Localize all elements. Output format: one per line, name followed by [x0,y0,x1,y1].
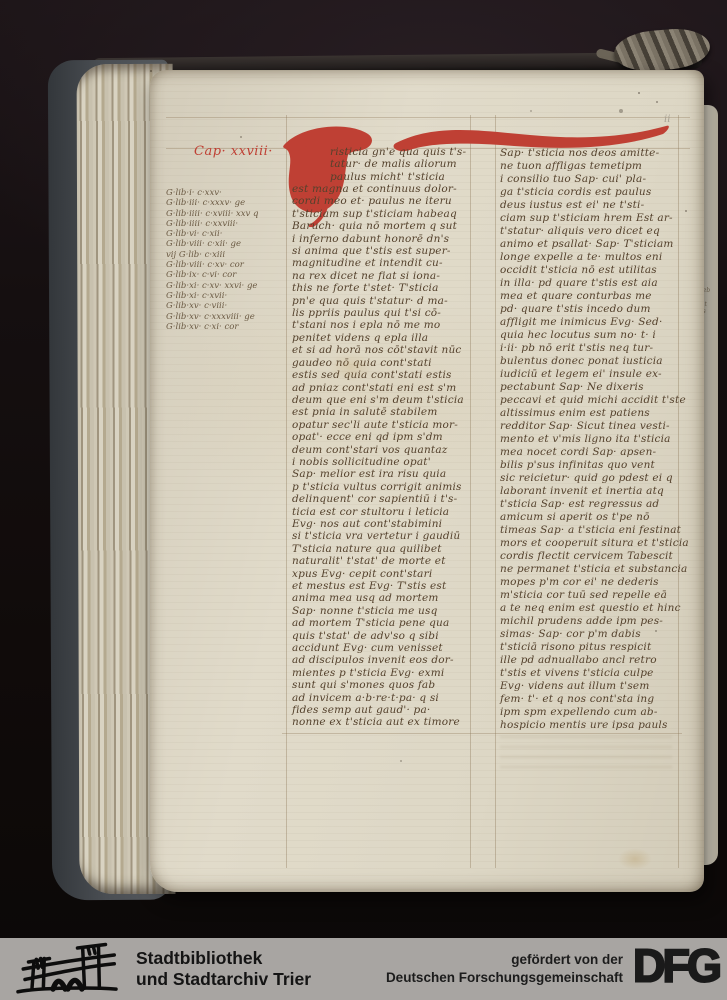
funding-line1: gefördert von der [511,952,623,967]
ruling-line [282,733,682,734]
parchment-stain [618,848,652,870]
parchment-stain [328,352,374,382]
text-column-1: est magna et continuus dolor- cordi meo … [292,183,464,729]
ruling-line [495,115,496,868]
funding-credit: gefördert von der Deutschen Forschungsge… [386,951,623,986]
marginal-references: G·lib·i· c·xxv· G·lib·iii· c·xxxv· ge G·… [166,188,291,332]
library-footer-banner: Stadtbibliothek und Stadtarchiv Trier ge… [0,938,727,1000]
parchment-specks [150,70,152,72]
ruling-line [470,115,471,868]
library-name-line2: und Stadtarchiv Trier [136,969,311,989]
text-column-1-opening: risticia gn'e qua quis t's- tatur· de ma… [330,146,466,183]
manuscript-photograph: :heb er aut :as :p to ii Cap· xxviii· G·… [0,0,727,1000]
text-column-2: Sap· t'sticia nos deos amitte- ne tuon a… [500,147,689,732]
manuscript-page: ii Cap· xxviii· G·lib·i· c·xxv· G·lib·ii… [150,70,704,892]
ink-showthrough [500,736,672,776]
dfg-logo: DFG [633,939,719,993]
chapter-rubric: Cap· xxviii· [194,144,273,159]
library-name: Stadtbibliothek und Stadtarchiv Trier [136,948,311,989]
funding-line2: Deutschen Forschungsgemeinschaft [386,970,623,985]
library-name-line1: Stadtbibliothek [136,948,262,968]
stadtbibliothek-porta-nigra-logo-icon [14,941,120,997]
